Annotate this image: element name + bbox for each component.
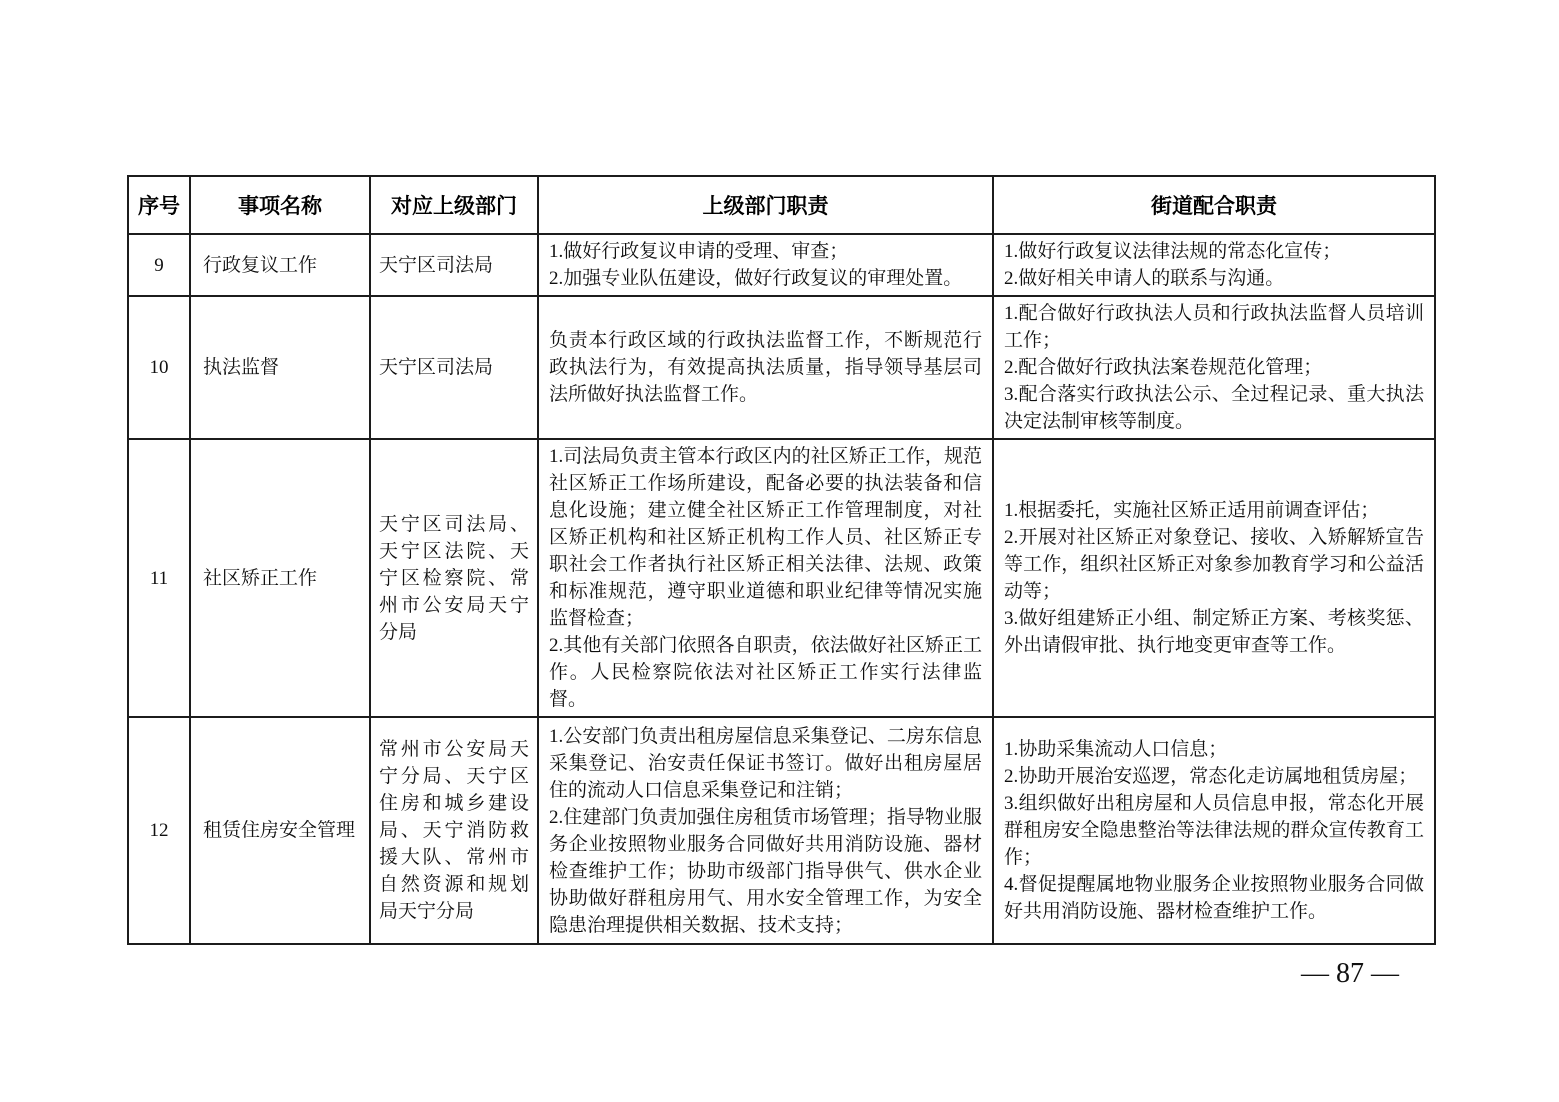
table-row: 12 租赁住房安全管理 常州市公安局天宁分局、天宁区住房和城乡建设局、天宁消防救… (128, 717, 1435, 944)
cell-street-duties: 1.配合做好行政执法人员和行政执法监督人员培训工作； 2.配合做好行政执法案卷规… (993, 296, 1435, 439)
cell-superior-duties: 1.做好行政复议申请的受理、审查； 2.加强专业队伍建设，做好行政复议的审理处置… (538, 234, 993, 296)
cell-seq: 10 (128, 296, 190, 439)
cell-item-name: 租赁住房安全管理 (190, 717, 370, 944)
header-seq: 序号 (128, 176, 190, 234)
cell-seq: 11 (128, 439, 190, 717)
cell-superior-department: 天宁区司法局、天宁区法院、天宁区检察院、常州市公安局天宁分局 (370, 439, 538, 717)
page-number: — 87 — (1285, 958, 1415, 990)
cell-item-name: 行政复议工作 (190, 234, 370, 296)
header-superior-duties: 上级部门职责 (538, 176, 993, 234)
cell-superior-duties: 1.司法局负责主管本行政区内的社区矫正工作，规范社区矫正工作场所建设，配备必要的… (538, 439, 993, 717)
table-row: 10 执法监督 天宁区司法局 负责本行政区域的行政执法监督工作，不断规范行政执法… (128, 296, 1435, 439)
header-superior-department: 对应上级部门 (370, 176, 538, 234)
cell-seq: 12 (128, 717, 190, 944)
table-header-row: 序号 事项名称 对应上级部门 上级部门职责 街道配合职责 (128, 176, 1435, 234)
cell-street-duties: 1.根据委托，实施社区矫正适用前调查评估； 2.开展对社区矫正对象登记、接收、入… (993, 439, 1435, 717)
document-page: 序号 事项名称 对应上级部门 上级部门职责 街道配合职责 9 行政复议工作 天宁… (0, 0, 1559, 1102)
header-item-name: 事项名称 (190, 176, 370, 234)
table-row: 11 社区矫正工作 天宁区司法局、天宁区法院、天宁区检察院、常州市公安局天宁分局… (128, 439, 1435, 717)
cell-item-name: 社区矫正工作 (190, 439, 370, 717)
cell-street-duties: 1.做好行政复议法律法规的常态化宣传； 2.做好相关申请人的联系与沟通。 (993, 234, 1435, 296)
cell-superior-duties: 负责本行政区域的行政执法监督工作，不断规范行政执法行为，有效提高执法质量，指导领… (538, 296, 993, 439)
cell-item-name: 执法监督 (190, 296, 370, 439)
header-street-duties: 街道配合职责 (993, 176, 1435, 234)
cell-street-duties: 1.协助采集流动人口信息； 2.协助开展治安巡逻，常态化走访属地租赁房屋； 3.… (993, 717, 1435, 944)
cell-superior-department: 天宁区司法局 (370, 296, 538, 439)
cell-superior-department: 常州市公安局天宁分局、天宁区住房和城乡建设局、天宁消防救援大队、常州市自然资源和… (370, 717, 538, 944)
cell-superior-department: 天宁区司法局 (370, 234, 538, 296)
duties-table: 序号 事项名称 对应上级部门 上级部门职责 街道配合职责 9 行政复议工作 天宁… (127, 175, 1436, 945)
table-row: 9 行政复议工作 天宁区司法局 1.做好行政复议申请的受理、审查； 2.加强专业… (128, 234, 1435, 296)
cell-superior-duties: 1.公安部门负责出租房屋信息采集登记、二房东信息采集登记、治安责任保证书签订。做… (538, 717, 993, 944)
cell-seq: 9 (128, 234, 190, 296)
